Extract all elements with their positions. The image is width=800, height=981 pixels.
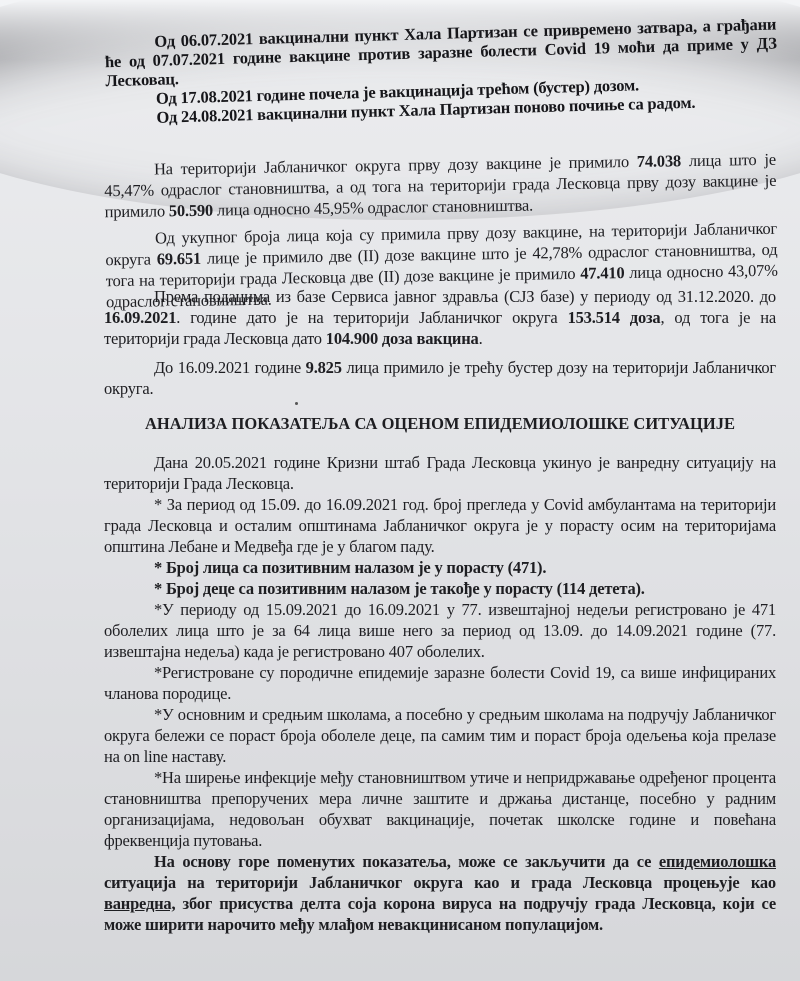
underlined-epidemiological: епидемиолошка [659,852,776,871]
bullet-positive: * Број лица са позитивним налазом је у п… [104,557,776,578]
stray-mark [295,402,298,405]
bullet-children: * Број деце са позитивним налазом је так… [104,578,776,599]
doses-total-section: Према подацима из базе Сервиса јавног зд… [104,286,776,399]
bullet-spread: *На ширење инфекције међу становништвом … [104,767,776,851]
underlined-emergency: ванредна, [104,894,175,913]
document-photo: Од 06.07.2021 вакцинални пункт Хала Парт… [0,0,800,981]
bullet-schools: *У основним и средњим школама, а посебно… [104,704,776,767]
paragraph-conclusion: На основу горе поменутих показатеља, мож… [104,851,776,935]
section-heading: АНАЛИЗА ПОКАЗАТЕЉА СА ОЦЕНОМ ЕПИДЕМИОЛОШ… [100,414,780,434]
paragraph-first-dose: На територији Јабланичког округа прву до… [104,149,777,223]
vaccination-points-section: Од 06.07.2021 вакцинални пункт Хала Парт… [104,14,778,128]
paragraph-booster-count: До 16.09.2021 године 9.825 лица примило … [104,357,776,399]
paragraph-doses-total: Према подацима из базе Сервиса јавног зд… [104,286,776,349]
paragraph-intro: Дана 20.05.2021 године Кризни штаб Града… [104,452,776,494]
bullet-exams: * За период од 15.09. до 16.09.2021 год.… [104,494,776,557]
bullet-family: *Регистроване су породичне епидемије зар… [104,662,776,704]
analysis-section: Дана 20.05.2021 године Кризни штаб Града… [104,452,776,935]
bullet-week: *У периоду од 15.09.2021 до 16.09.2021 у… [104,599,776,662]
